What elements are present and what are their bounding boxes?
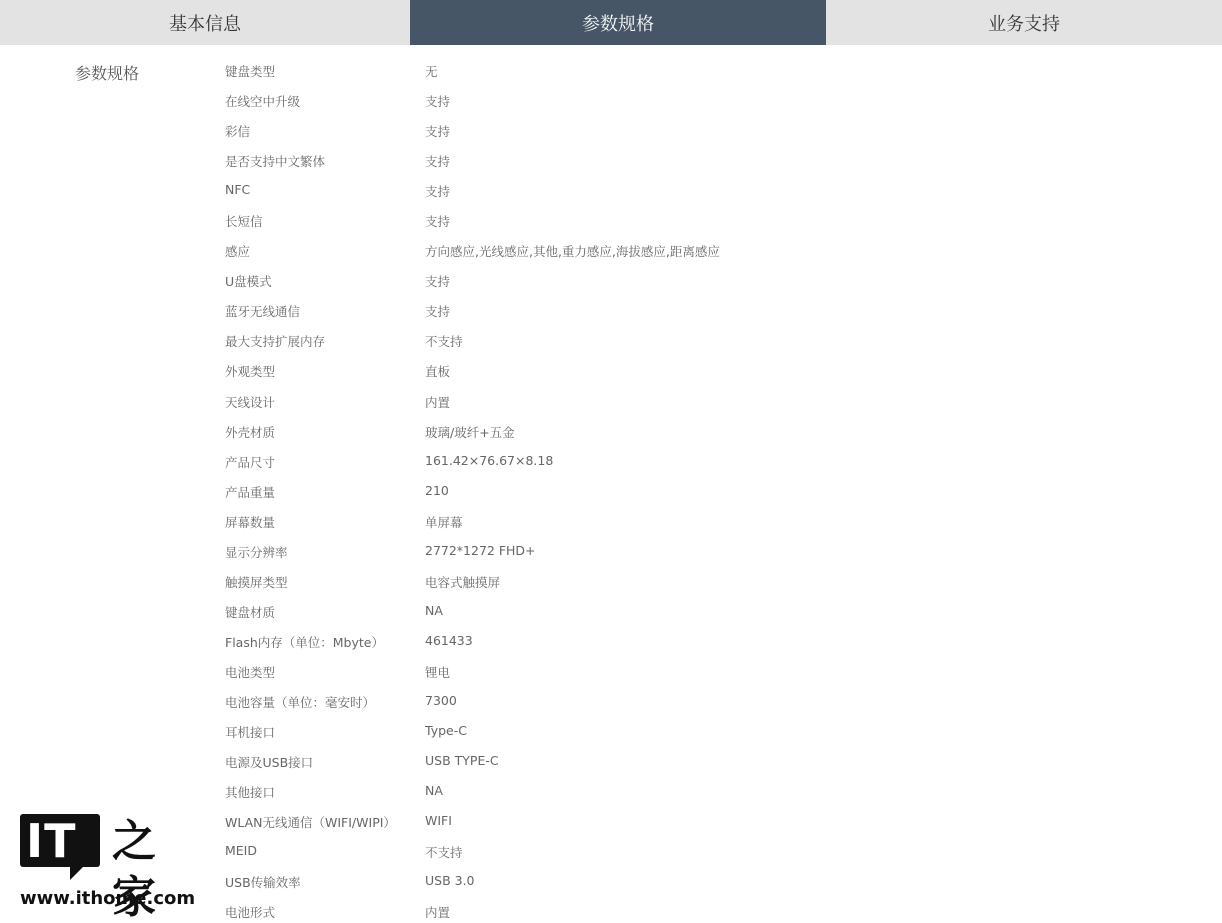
- spec-key: 电池类型: [225, 663, 275, 681]
- spec-key: 蓝牙无线通信: [225, 302, 300, 320]
- spec-key: 键盘类型: [225, 62, 275, 80]
- tab-specifications[interactable]: 参数规格: [410, 0, 826, 45]
- spec-value: 锂电: [425, 663, 450, 681]
- spec-value: 内置: [425, 903, 450, 921]
- spec-value: 支持: [425, 182, 450, 200]
- spec-key: 耳机接口: [225, 723, 275, 741]
- logo-url: www.ithome.com: [20, 888, 195, 909]
- spec-value: 461433: [425, 633, 473, 648]
- spec-value: 210: [425, 483, 449, 498]
- spec-key: 彩信: [225, 122, 250, 140]
- spec-key: 外观类型: [225, 362, 275, 380]
- spec-key: 天线设计: [225, 393, 275, 411]
- spec-key: 是否支持中文繁体: [225, 152, 325, 170]
- spec-value: USB 3.0: [425, 873, 475, 888]
- spec-key: 屏幕数量: [225, 513, 275, 531]
- spec-value: Type-C: [425, 723, 467, 738]
- spec-key: U盘模式: [225, 272, 272, 290]
- spec-key: 显示分辨率: [225, 543, 288, 561]
- spec-value: WIFI: [425, 813, 452, 828]
- spec-key: 触摸屏类型: [225, 573, 288, 591]
- spec-value: 不支持: [425, 843, 463, 861]
- spec-key: 外壳材质: [225, 423, 275, 441]
- spec-value: NA: [425, 783, 443, 798]
- it-speech-bubble-icon: IT: [20, 814, 100, 867]
- spec-key: Flash内存（单位：Mbyte）: [225, 633, 384, 651]
- tab-business-support[interactable]: 业务支持: [826, 0, 1222, 45]
- spec-key: 电源及USB接口: [225, 753, 313, 771]
- spec-key: NFC: [225, 182, 250, 197]
- spec-value: 电容式触摸屏: [425, 573, 500, 591]
- spec-value: 2772*1272 FHD+: [425, 543, 536, 558]
- logo-it-text: IT: [26, 816, 77, 866]
- spec-value: USB TYPE-C: [425, 753, 499, 768]
- tab-bar: 基本信息 参数规格 业务支持: [0, 0, 1222, 45]
- spec-value: NA: [425, 603, 443, 618]
- spec-key: 键盘材质: [225, 603, 275, 621]
- spec-value: 方向感应,光线感应,其他,重力感应,海拔感应,距离感应: [425, 242, 720, 260]
- spec-key: 产品尺寸: [225, 453, 275, 471]
- spec-value: 161.42×76.67×8.18: [425, 453, 553, 468]
- spec-key: MEID: [225, 843, 257, 858]
- spec-key: USB传输效率: [225, 873, 301, 891]
- spec-value: 单屏幕: [425, 513, 463, 531]
- spec-value: 支持: [425, 152, 450, 170]
- spec-value: 支持: [425, 272, 450, 290]
- spec-value: 支持: [425, 122, 450, 140]
- tab-basic-info[interactable]: 基本信息: [0, 0, 410, 45]
- spec-key: 其他接口: [225, 783, 275, 801]
- spec-value: 支持: [425, 92, 450, 110]
- spec-key: 在线空中升级: [225, 92, 300, 110]
- spec-key: 电池容量（单位：毫安时）: [225, 693, 375, 711]
- spec-value: 支持: [425, 212, 450, 230]
- spec-value: 7300: [425, 693, 457, 708]
- spec-value: 内置: [425, 393, 450, 411]
- spec-key: 最大支持扩展内存: [225, 332, 325, 350]
- spec-key: 长短信: [225, 212, 263, 230]
- section-title: 参数规格: [75, 61, 139, 84]
- spec-value: 不支持: [425, 332, 463, 350]
- spec-key: 感应: [225, 242, 250, 260]
- spec-key: 电池形式: [225, 903, 275, 921]
- spec-key: WLAN无线通信（WIFI/WIPI）: [225, 813, 396, 831]
- ithome-watermark-logo: IT 之家 www.ithome.com: [20, 814, 185, 914]
- spec-value: 玻璃/玻纤+五金: [425, 423, 515, 441]
- spec-value: 无: [425, 62, 438, 80]
- spec-value: 直板: [425, 362, 450, 380]
- spec-value: 支持: [425, 302, 450, 320]
- spec-key: 产品重量: [225, 483, 275, 501]
